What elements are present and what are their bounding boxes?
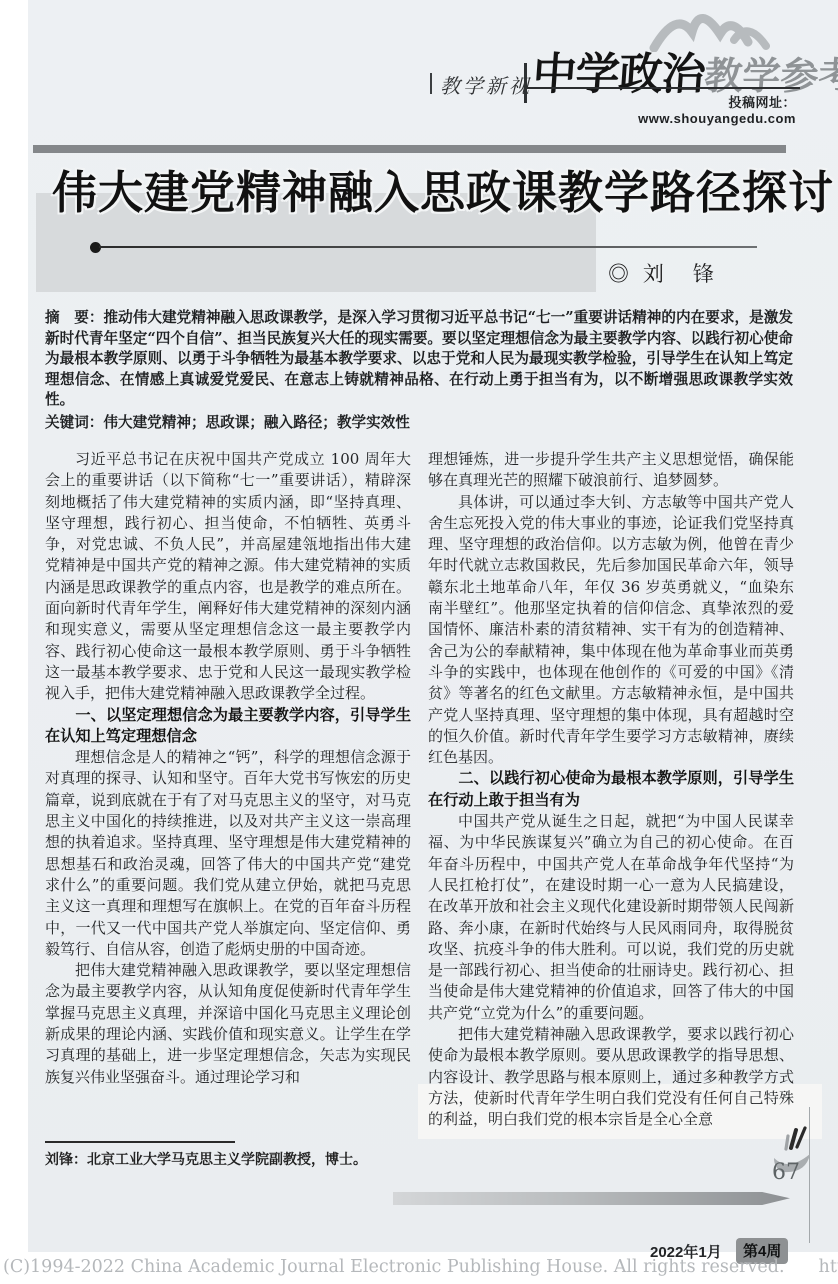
author-marker-icon: ◎ xyxy=(608,263,633,286)
body-paragraph: 具体讲，可以通过李大钊、方志敏等中国共产党人舍生忘死投入党的伟大事业的事迹，论证… xyxy=(428,492,794,769)
author-line: ◎ 刘 锋 xyxy=(608,258,718,288)
footer-arrow-bar xyxy=(393,1192,790,1205)
body-column-left: 习近平总书记在庆祝中国共产党成立 100 周年大会上的重要讲话（以下简称“七一”… xyxy=(45,449,411,1088)
section-heading: 一、以坚定理想信念为最主要教学内容，引导学生在认知上笃定理想信念 xyxy=(45,705,411,748)
author-name: 刘 锋 xyxy=(643,263,718,286)
submission-url: 投稿网址：www.shouyangedu.com xyxy=(600,92,796,126)
header-rule xyxy=(527,87,800,89)
abstract-paragraph: 摘 要：推动伟大建党精神融入思政课教学，是深入学习贯彻习近平总书记“七一”重要讲… xyxy=(45,308,793,411)
scanned-journal-page: 教学新视 中学政治教学参考 投稿网址：www.shouyangedu.com 伟… xyxy=(0,0,838,1284)
footnote-rule xyxy=(45,1141,235,1143)
body-paragraph: 理想信念是人的精神之“钙”，科学的理想信念源于对真理的探寻、认知和坚守。百年大党… xyxy=(45,747,411,960)
title-rule xyxy=(99,246,757,248)
body-paragraph: 把伟大建党精神融入思政课教学，要以坚定理想信念为最主要教学内容，从认知角度促使新… xyxy=(45,960,411,1088)
header-divider-right xyxy=(524,63,527,103)
body-paragraph: 中国共产党从诞生之日起，就把“为中国人民谋幸福、为中华民族谋复兴”确立为自己的初… xyxy=(428,811,794,1024)
body-column-right: 理想锤炼，进一步提升学生共产主义思想觉悟，确保能够在真理光芒的照耀下破浪前行、追… xyxy=(428,449,794,1131)
abstract-label: 摘 要： xyxy=(45,309,104,326)
section-label: 教学新视 xyxy=(440,70,532,99)
abstract-text: 推动伟大建党精神融入思政课教学，是深入学习贯彻习近平总书记“七一”重要讲话精神的… xyxy=(45,309,793,408)
body-paragraph: 理想锤炼，进一步提升学生共产主义思想觉悟，确保能够在真理光芒的照耀下破浪前行、追… xyxy=(428,449,794,492)
body-paragraph: 习近平总书记在庆祝中国共产党成立 100 周年大会上的重要讲话（以下简称“七一”… xyxy=(45,449,411,705)
author-footnote: 刘锋：北京工业大学马克思主义学院副教授，博士。 xyxy=(45,1149,445,1169)
header-divider-left xyxy=(430,73,432,94)
keywords-paragraph: 关键词：伟大建党精神；思政课；融入路径；教学实效性 xyxy=(45,413,793,434)
article-title: 伟大建党精神融入思政课教学路径探讨 xyxy=(52,156,792,221)
title-top-bar xyxy=(33,145,786,153)
section-heading: 二、以践行初心使命为最根本教学原则，引导学生在行动上敢于担当有为 xyxy=(428,768,794,811)
abstract-block: 摘 要：推动伟大建党精神融入思政课教学，是深入学习贯彻习近平总书记“七一”重要讲… xyxy=(45,308,793,434)
copyright-line: (C)1994-2022 China Academic Journal Elec… xyxy=(3,1257,838,1277)
body-paragraph: 把伟大建党精神融入思政课教学，要求以践行初心使命为最根本教学原则。要从思政课教学… xyxy=(428,1024,794,1130)
keywords-label: 关键词： xyxy=(45,414,103,431)
cnki-url: http://www.cnki.net xyxy=(819,1257,838,1277)
copyright-text: (C)1994-2022 China Academic Journal Elec… xyxy=(3,1257,785,1277)
page-number: 67 xyxy=(772,1160,800,1185)
keywords-text: 伟大建党精神；思政课；融入路径；教学实效性 xyxy=(103,414,409,431)
